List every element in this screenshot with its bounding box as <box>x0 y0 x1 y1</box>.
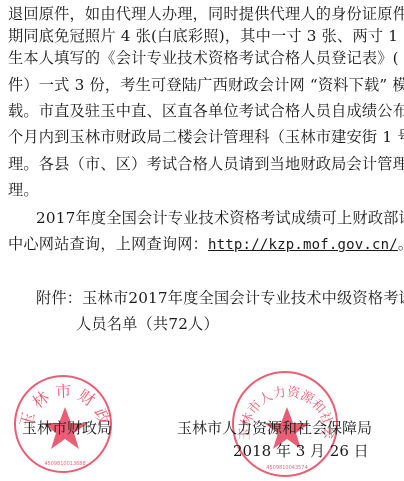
paragraph-line: 理。各县（市、区）考试合格人员请到当地财政局会计管理股办 <box>8 154 398 174</box>
paragraph-line: 个月内到玉林市财政局二楼会计管理科（玉林市建安街 1 号）办 <box>8 127 398 147</box>
attachment-line: 附件：玉林市2017年度全国会计专业技术中级资格考试合格 <box>36 288 398 308</box>
paragraph-line: 中心网站查询，上网查询网：http://kzp.mof.gov.cn/。 <box>8 234 398 255</box>
paragraph-line: 载。市直及驻玉中直、区直各单位考试合格人员自成绩公布起 2 <box>8 101 398 121</box>
paragraph-line: 件）一式 3 份，考生可登陆广西财政会计网 “资料下载” 模块下 <box>8 75 398 95</box>
paragraph-line: 理。 <box>8 180 398 200</box>
paragraph-line: 期同底免冠照片 4 张(白底彩照)，其中一寸 3 张、两寸 1 张；考 <box>8 26 398 46</box>
paragraph-line: 2017年度全国会计专业技术资格考试成绩可上财政部评价 <box>36 208 398 228</box>
signature-finance-bureau: 玉林市财政局 <box>22 417 112 438</box>
period: 。 <box>398 235 404 253</box>
paragraph-line: 生本人填写的《会计专业技术资格考试合格人员登记表》( 详见附 <box>8 48 398 68</box>
query-text: 中心网站查询，上网查询网： <box>8 235 208 253</box>
signature-hr-bureau: 玉林市人力资源和社会保障局 <box>177 417 372 438</box>
svg-text:4509810043574: 4509810043574 <box>266 465 307 471</box>
paragraph-line: 退回原件，如由代理人办理，同时提供代理人的身份证原件）；近 <box>8 4 398 24</box>
document-date: 2018 年 3 月 26 日 <box>233 440 369 461</box>
website-link[interactable]: http://kzp.mof.gov.cn/ <box>208 237 398 253</box>
attachment-line: 人员名单（共72人） <box>76 314 398 334</box>
svg-text:4509810013688: 4509810013688 <box>44 461 85 467</box>
